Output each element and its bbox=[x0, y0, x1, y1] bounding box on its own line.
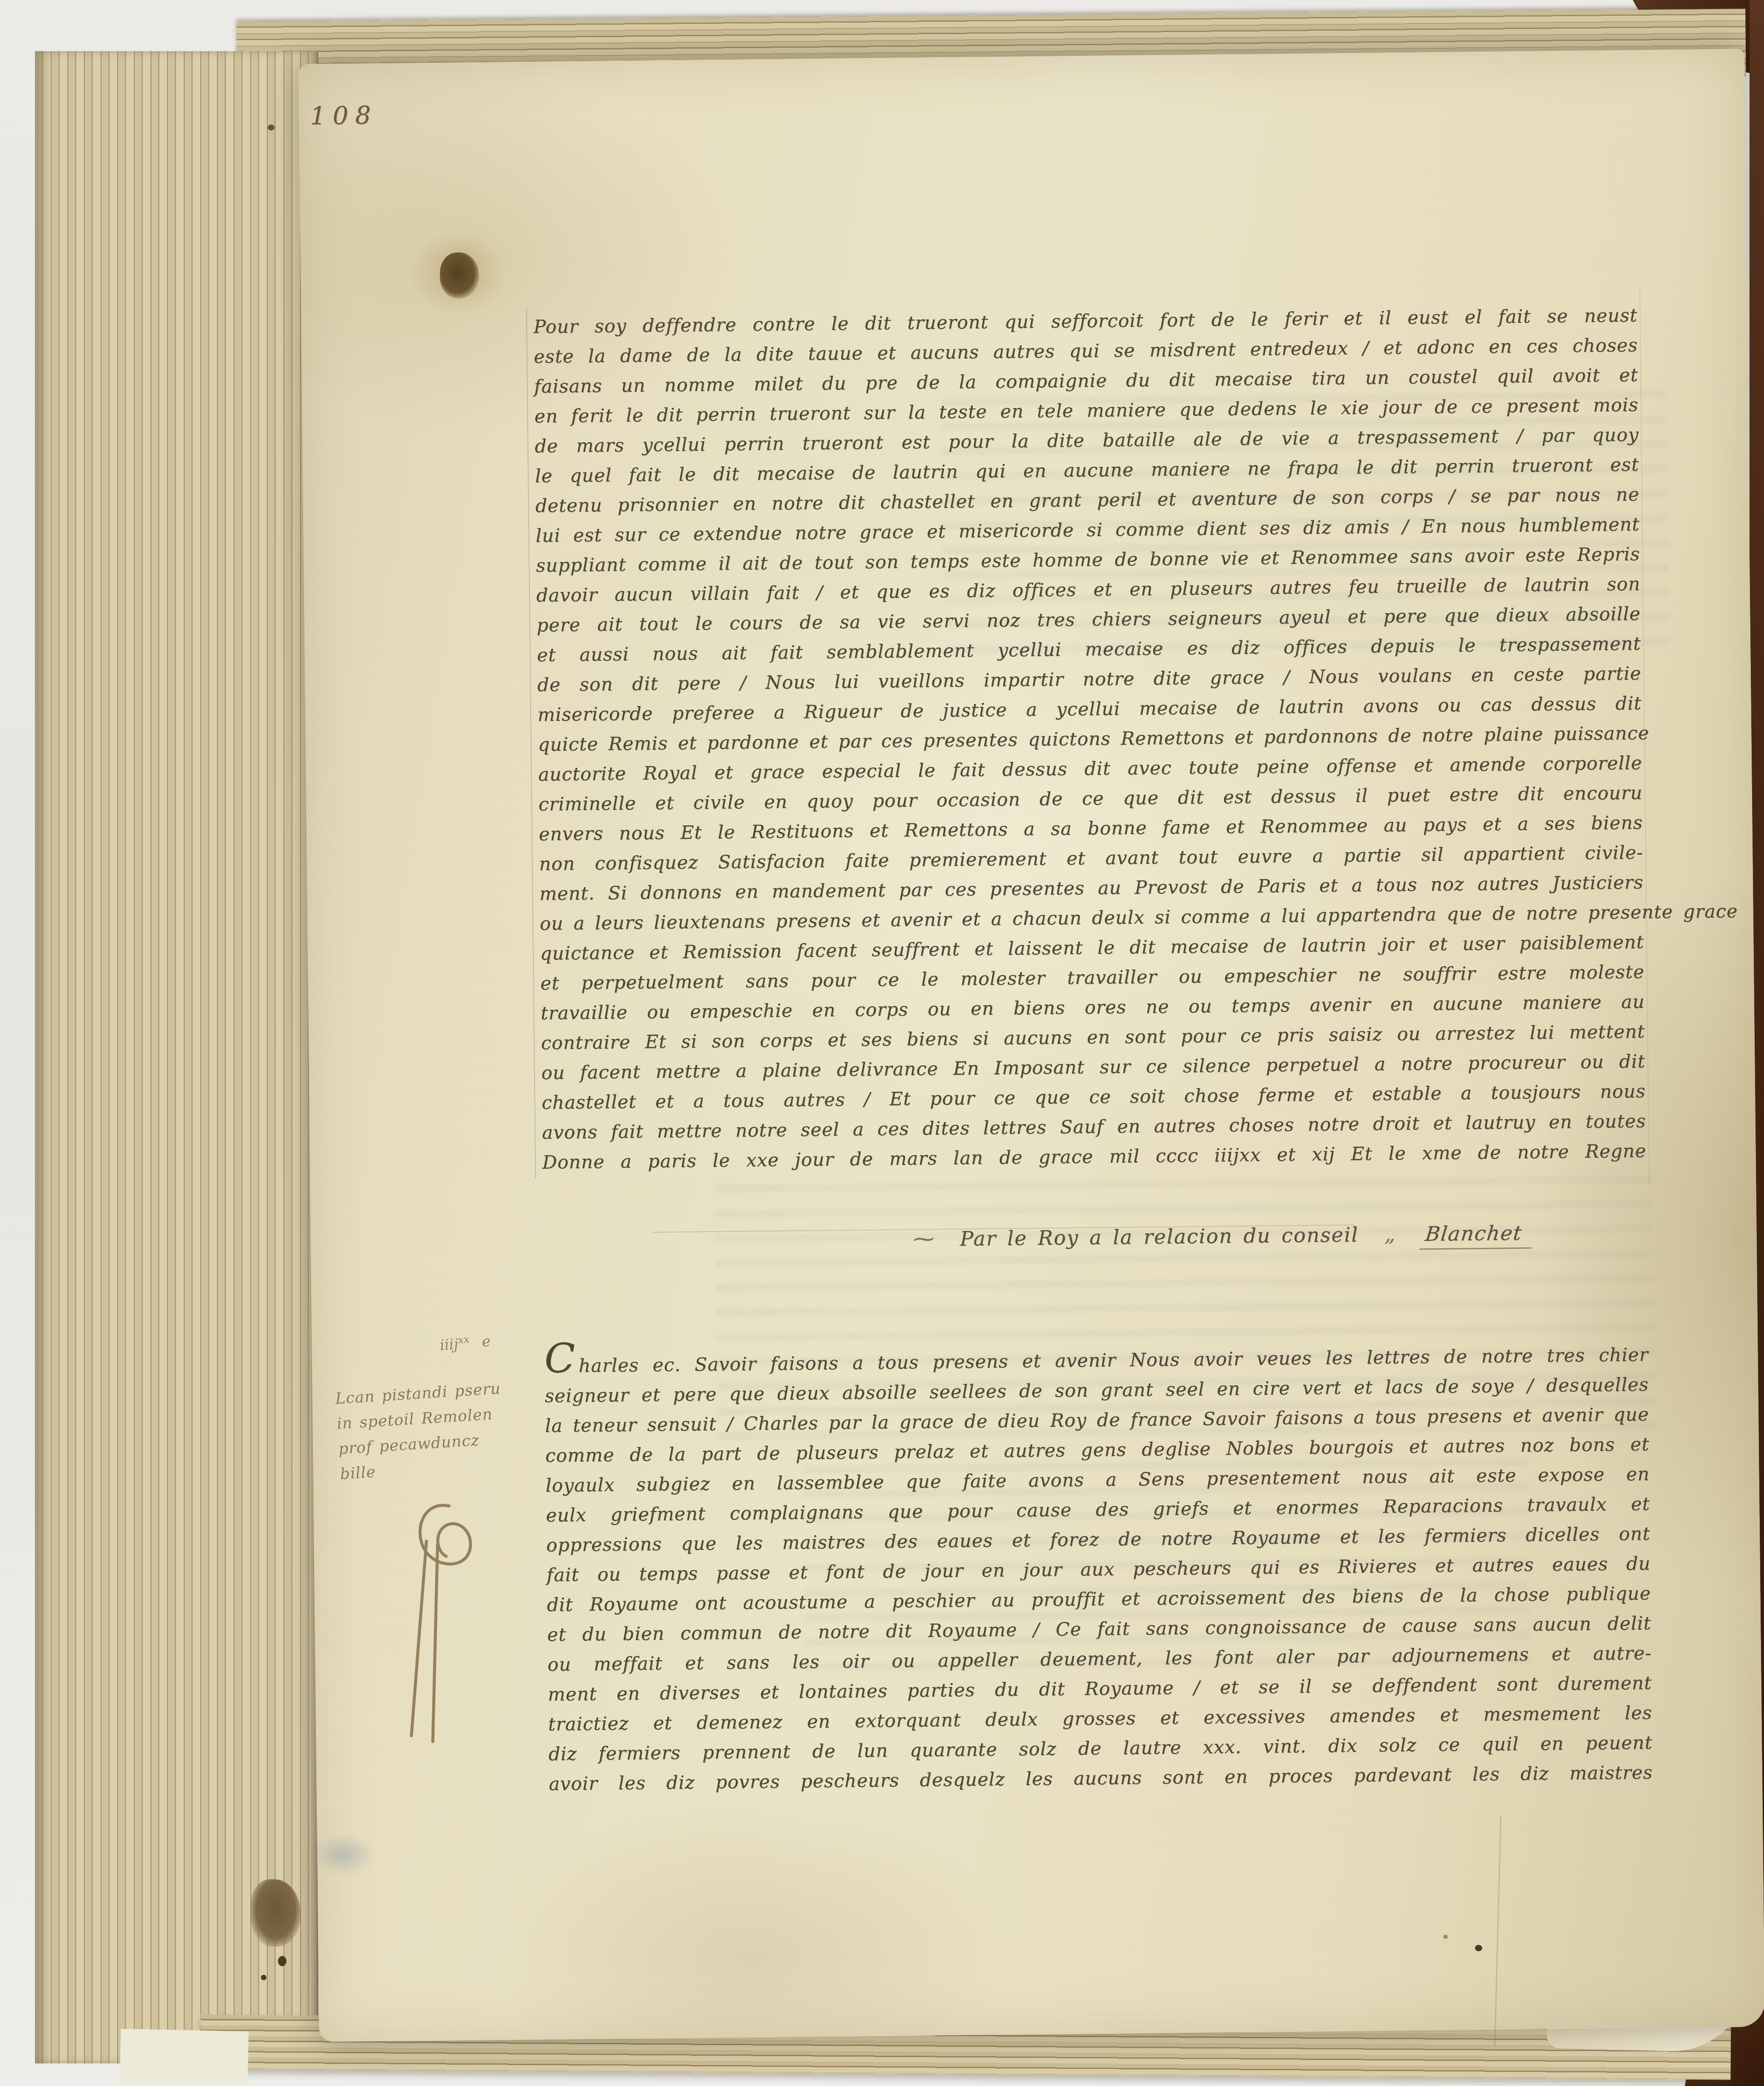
remission-letter-text: Pour soy deffendre contre le dit trueron… bbox=[533, 301, 1646, 1178]
ink-speck bbox=[278, 1956, 286, 1966]
book-left-page-edges bbox=[35, 51, 318, 2063]
ink-speck bbox=[268, 124, 275, 130]
manuscript-photo: 108 Pour soy deffendre contre le dit tru… bbox=[0, 0, 1764, 2086]
ink-speck bbox=[261, 1975, 266, 1980]
flourish-mark-icon: ⁓ bbox=[913, 1227, 934, 1252]
ink-speck bbox=[1475, 1945, 1482, 1951]
margin-quire-mark: iiijxx e bbox=[439, 1331, 491, 1354]
chancery-subscription: ⁓ Par le Roy a la relacion du conseil „ … bbox=[660, 1218, 1764, 1285]
ink-speck bbox=[1443, 1935, 1448, 1939]
folio-number: 108 bbox=[310, 101, 378, 130]
margin-note: Lcan pistandi pseruin spetoil Remolenpro… bbox=[335, 1371, 579, 1487]
clerk-signature: Blanchet bbox=[1419, 1221, 1534, 1250]
vidimus-letter-text: Charles ec. Savoir faisons a tous presen… bbox=[544, 1332, 1653, 1799]
faded-smudge bbox=[311, 1833, 375, 1876]
flyleaf-corner bbox=[120, 2029, 249, 2086]
subscription-text: Par le Roy a la relacion du conseil bbox=[960, 1223, 1359, 1251]
flourish-mark-icon: „ bbox=[1384, 1221, 1396, 1246]
ink-stain bbox=[440, 252, 479, 298]
paraph-flourish bbox=[385, 1499, 498, 1748]
parchment-page: 108 Pour soy deffendre contre le dit tru… bbox=[298, 49, 1764, 2042]
